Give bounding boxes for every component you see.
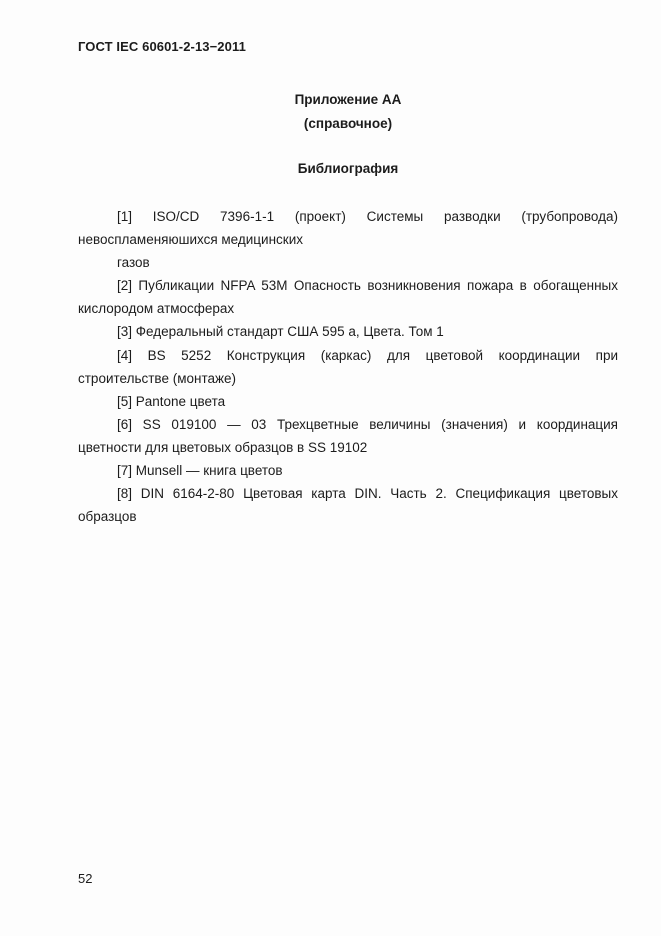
bibliography-line: [2] Публикации NFPA 53M Опасность возник…: [78, 274, 618, 297]
bibliography-list: [1] ISO/CD 7396-1-1 (проект) Системы раз…: [78, 205, 618, 528]
bibliography-line: [1] ISO/CD 7396-1-1 (проект) Системы раз…: [78, 205, 618, 228]
bibliography-line: цветности для цветовых образцов в SS 191…: [78, 436, 618, 459]
page-number: 52: [78, 871, 92, 886]
bibliography-line: кислородом атмосферах: [78, 297, 618, 320]
bibliography-line: [8] DIN 6164-2-80 Цветовая карта DIN. Ча…: [78, 482, 618, 505]
bibliography-line: [3] Федеральный стандарт США 595 а, Цвет…: [78, 320, 618, 343]
bibliography-line: газов: [78, 251, 618, 274]
bibliography-line: невоспламеняюшихся медицинских: [78, 228, 618, 251]
bibliography-line: образцов: [78, 505, 618, 528]
bibliography-line: строительстве (монтаже): [78, 367, 618, 390]
section-title-bibliography: Библиография: [78, 161, 618, 177]
document-header-standard-number: ГОСТ IEC 60601-2-13−2011: [78, 39, 246, 54]
bibliography-line: [5] Pantone цвета: [78, 390, 618, 413]
appendix-subtitle: (справочное): [78, 116, 618, 132]
appendix-title: Приложение АА: [78, 92, 618, 108]
bibliography-line: [4] BS 5252 Конструкция (каркас) для цве…: [78, 344, 618, 367]
document-page: ГОСТ IEC 60601-2-13−2011 Приложение АА (…: [0, 0, 661, 936]
bibliography-line: [7] Munsell — книга цветов: [78, 459, 618, 482]
bibliography-line: [6] SS 019100 — 03 Трехцветные величины …: [78, 413, 618, 436]
